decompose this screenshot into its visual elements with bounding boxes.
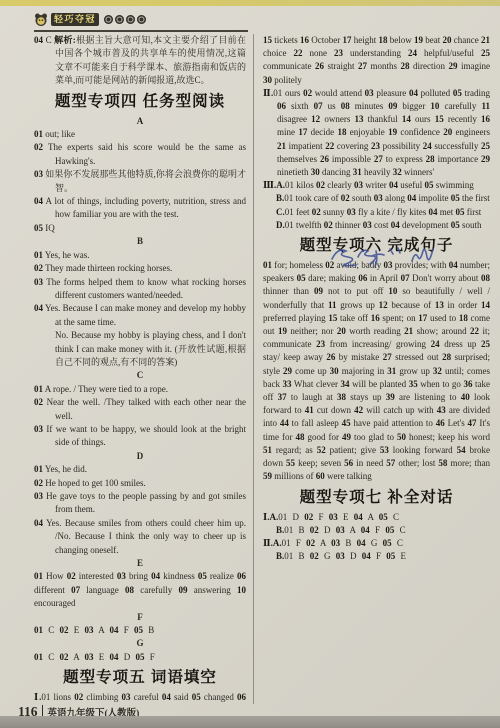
scan-bottom-edge bbox=[0, 716, 500, 728]
dialogue-answers: B.01 B 02 G 03 D 04 F 05 E bbox=[276, 550, 490, 563]
heading-section-six: 题型专项六 完成句子 bbox=[263, 236, 490, 256]
answer-run: 01 How 02 interested 03 bring 04 kindnes… bbox=[34, 570, 246, 610]
answer-item: 01 out; like bbox=[34, 128, 246, 141]
answer-item: 01 Yes, he was. bbox=[34, 249, 246, 262]
page-header: 轻巧夺冠 bbox=[34, 11, 248, 32]
dialogue-answers: B.01 B 02 D 03 A 04 F 05 C bbox=[276, 524, 490, 537]
passage-label-f: F bbox=[34, 611, 246, 624]
passage-label-a: A bbox=[34, 115, 246, 128]
answer-run: 15 tickets 16 October 17 height 18 below… bbox=[263, 34, 490, 87]
answer-item: 04 Yes. Because I can make money and dev… bbox=[34, 302, 246, 329]
badge-dot-icon bbox=[126, 15, 135, 24]
answer-item: 03 如果你不发展那些其他特质,你将会浪费你的聪明才智。 bbox=[34, 168, 246, 195]
answer-item: 01 Yes, he did. bbox=[34, 463, 246, 476]
right-column: 15 tickets 16 October 17 height 18 below… bbox=[253, 34, 490, 704]
two-column-body: 04 C 解析:根据主旨大意可知,本文主要介绍了目前在中国各个城市普及的共享单车… bbox=[34, 34, 490, 704]
passage-label-e: E bbox=[34, 557, 246, 570]
heading-section-seven: 题型专项七 补全对话 bbox=[263, 488, 490, 508]
badge-dots bbox=[104, 15, 146, 24]
answer-item: 02 Near the well. /They talked with each… bbox=[34, 396, 246, 423]
badge-dot-icon bbox=[104, 15, 113, 24]
answer-run: 01 C 02 E 03 A 04 F 05 B bbox=[34, 624, 246, 637]
brand-name: 轻巧夺冠 bbox=[51, 13, 99, 26]
answer-item: 03 He gave toys to the people passing by… bbox=[34, 490, 246, 517]
answer-run-roman-one: Ⅰ.01 lions 02 climbing 03 careful 04 sai… bbox=[34, 691, 246, 704]
dialogue-answers: Ⅰ.A.01 D 02 F 03 E 04 A 05 C bbox=[263, 511, 490, 524]
answer-item: 02 He hoped to get 100 smiles. bbox=[34, 477, 246, 490]
passage-label-c: C bbox=[34, 369, 246, 382]
heading-section-four: 题型专项四 任务型阅读 bbox=[34, 92, 246, 112]
answer-item: 01 A rope. / They were tied to a rope. bbox=[34, 383, 246, 396]
answer-run-roman-three-c: C.01 feet 02 sunny 03 fly a kite / fly k… bbox=[276, 206, 490, 219]
answer-item: 04 Yes. Because smiles from others could… bbox=[34, 517, 246, 557]
badge-dot-icon bbox=[115, 15, 124, 24]
answer-item-continuation: No. Because my hobby is playing chess, a… bbox=[34, 329, 246, 369]
answer-run-roman-three-a: Ⅲ.A.01 kilos 02 clearly 03 writer 04 use… bbox=[263, 179, 490, 192]
analysis-item: 04 C 解析:根据主旨大意可知,本文主要介绍了目前在中国各个城市普及的共享单车… bbox=[34, 34, 246, 88]
dialogue-answers: Ⅱ.A.01 F 02 A 03 B 04 G 05 C bbox=[263, 537, 490, 550]
passage-label-g: G bbox=[34, 637, 246, 650]
answer-run: 01 C 02 A 03 E 04 D 05 F bbox=[34, 651, 246, 664]
header-rule bbox=[34, 30, 248, 32]
brand-logo: 轻巧夺冠 bbox=[34, 11, 248, 27]
answer-item: 03 If we want to be happy, we should loo… bbox=[34, 423, 246, 450]
answer-run-roman-three-d: D.01 twelfth 02 thinner 03 cost 04 devel… bbox=[276, 219, 490, 232]
answer-item: 02 They made thirteen rocking horses. bbox=[34, 262, 246, 275]
answer-item: 03 The forms helped them to know what ro… bbox=[34, 276, 246, 303]
answer-run-roman-three-b: B.01 took care of 02 south 03 along 04 i… bbox=[276, 192, 490, 205]
answer-item: 05 IQ bbox=[34, 222, 246, 235]
badge-dot-icon bbox=[137, 15, 146, 24]
passage-label-d: D bbox=[34, 450, 246, 463]
scanned-page: 轻巧夺冠 04 C 解析:根据主旨大意可知,本文主要介绍了目前在中国各个城市普及… bbox=[0, 0, 500, 728]
answer-item: 04 A lot of things, including poverty, n… bbox=[34, 195, 246, 222]
page-top-edge bbox=[0, 0, 500, 6]
heading-section-five: 题型专项五 词语填空 bbox=[34, 668, 246, 688]
left-column: 04 C 解析:根据主旨大意可知,本文主要介绍了目前在中国各个城市普及的共享单车… bbox=[34, 34, 253, 704]
answer-run-roman-two: Ⅱ.01 ours 02 would attend 03 pleasure 04… bbox=[263, 87, 490, 179]
passage-label-b: B bbox=[34, 235, 246, 248]
mascot-icon bbox=[34, 12, 48, 27]
sentence-completion-run: 01 for; homeless 02 avoid; badly 03 prov… bbox=[263, 259, 490, 483]
answer-item: 02 The experts said his score would be t… bbox=[34, 141, 246, 168]
